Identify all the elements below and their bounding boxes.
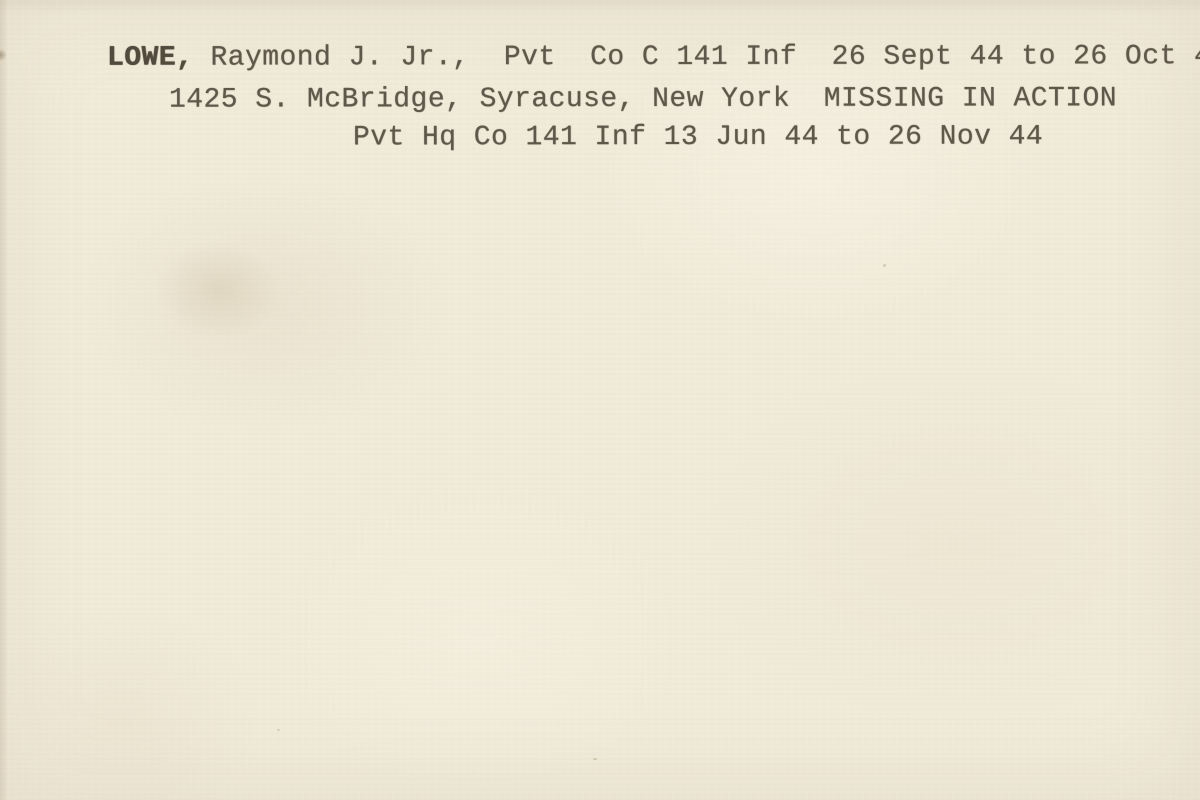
paper-speck: [593, 758, 597, 760]
scanned-record-card: LOWE, Raymond J. Jr., Pvt Co C 141 Inf 2…: [0, 0, 1200, 800]
paper-speck: [883, 264, 886, 267]
record-line-service-entry: Pvt Hq Co 141 Inf 13 Jun 44 to 26 Nov 44: [284, 86, 1043, 189]
service-entry-2: Pvt Hq Co 141 Inf 13 Jun 44 to 26 Nov 44: [353, 121, 1043, 153]
paper-speck: [277, 729, 280, 731]
